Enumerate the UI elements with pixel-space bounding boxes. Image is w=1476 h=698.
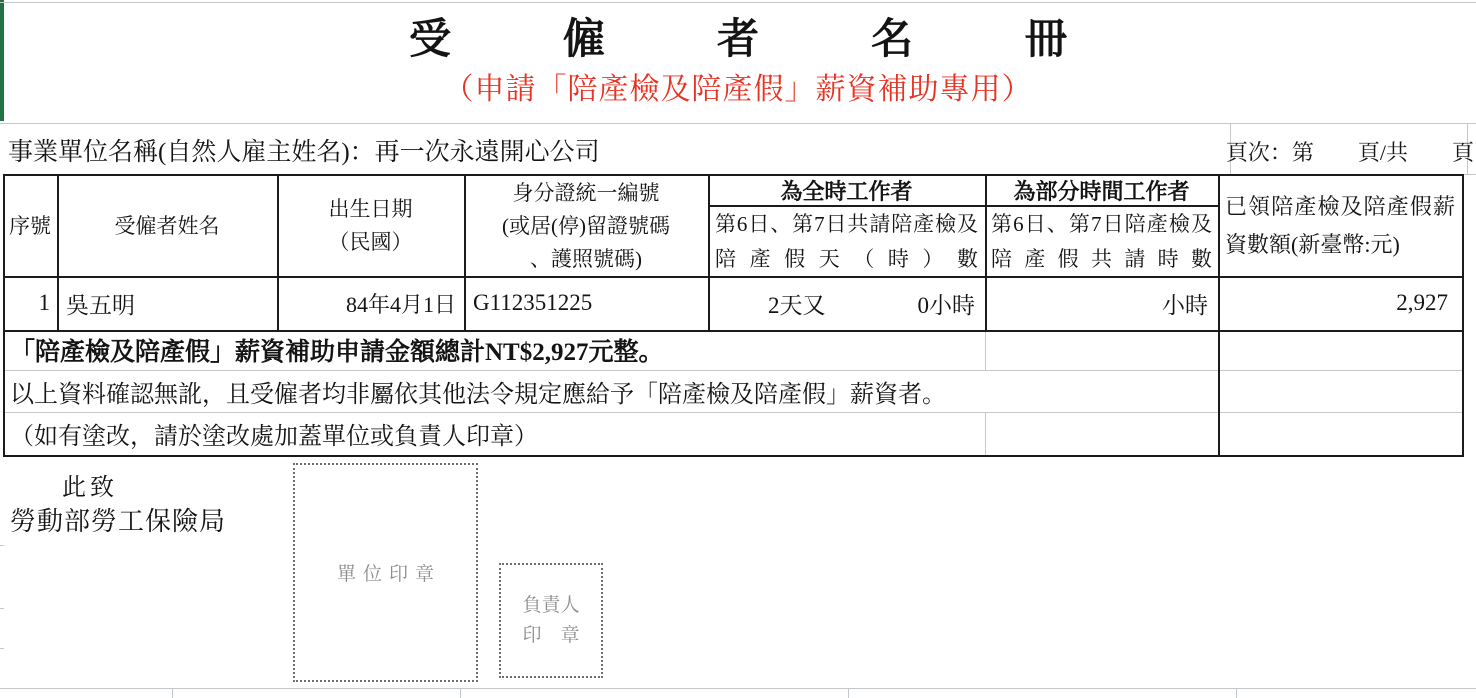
document-subtitle: （申請「陪產檢及陪產假」薪資補助專用） (0, 70, 1476, 110)
col-header-birth: 出生日期 （民國） (279, 176, 462, 276)
summary-total: 「陪產檢及陪產假」薪資補助申請金額總計NT$2,927元整。 (5, 332, 1215, 368)
gridline (848, 688, 849, 698)
table-border (1462, 174, 1464, 457)
spreadsheet-document: 受僱者名冊 （申請「陪產檢及陪產假」薪資補助專用） 事業單位名稱(自然人雇主姓名… (0, 0, 1476, 698)
cell-seq[interactable]: 1 (5, 278, 55, 328)
col-header-parttime-group: 為部分時間工作者 (987, 176, 1216, 204)
summary-confirm: 以上資料確認無訛，且受僱者均非屬依其他法令規定應給予「陪產檢及陪產假」薪資者。 (5, 372, 1215, 410)
unit-seal-box[interactable]: 單位印章 (293, 463, 478, 682)
footer-agency: 勞動部勞工保險局 (10, 500, 310, 538)
col-header-fulltime-group: 為全時工作者 (710, 176, 983, 204)
gridline (0, 688, 1476, 689)
col-header-birth-line1: 出生日期 (329, 193, 413, 226)
company-name-cell[interactable]: 事業單位名稱(自然人雇主姓名)：再一次永遠開心公司 (8, 128, 908, 172)
col-header-name: 受僱者姓名 (59, 176, 275, 276)
owner-seal-label-line2: 印 章 (522, 621, 579, 651)
gridline (3, 412, 1462, 413)
gridline (1236, 688, 1237, 698)
col-header-id-line3: 、護照號碼) (530, 243, 642, 276)
page-number-cell[interactable]: 頁次：第 頁/共 頁 (1100, 130, 1474, 172)
cell-id[interactable]: G112351225 (466, 278, 706, 328)
cell-received[interactable]: 2,927 (1220, 278, 1460, 328)
gridline (0, 123, 1476, 124)
col-header-seq: 序號 (5, 176, 55, 276)
col-header-received: 已領陪產檢及陪產假薪資數額(新臺幣:元) (1220, 176, 1460, 276)
gridline (0, 648, 4, 649)
col-header-id-line1: 身分證統一編號 (513, 177, 660, 210)
gridline (460, 688, 461, 698)
owner-seal-label-line1: 負責人 (522, 591, 579, 621)
footer-to-label: 此致 (62, 468, 262, 500)
gridline (0, 608, 4, 609)
cell-birth[interactable]: 84年4月1日 (279, 278, 462, 328)
col-header-id-line2: (或居(停)留證號碼 (502, 210, 670, 243)
cell-fulltime-days: 2天又 (768, 287, 826, 320)
col-header-parttime-sub: 第6日、第7日陪產檢及陪產假共請時數 (987, 207, 1216, 275)
cell-name[interactable]: 吳五明 (59, 278, 275, 328)
col-header-id: 身分證統一編號 (或居(停)留證號碼 、護照號碼) (466, 176, 706, 276)
col-header-fulltime-sub: 第6日、第7日共請陪產檢及陪產假天（時）數 (710, 207, 983, 275)
document-title: 受僱者名冊 (0, 12, 1476, 68)
col-header-birth-line2: （民國） (329, 226, 413, 259)
cell-fulltime-hours: 0小時 (918, 287, 976, 320)
cell-fulltime[interactable]: 2天又 0小時 (710, 278, 983, 328)
table-border (3, 455, 1464, 457)
owner-seal-box[interactable]: 負責人 印 章 (499, 563, 603, 678)
cell-parttime[interactable]: 小時 (987, 278, 1216, 328)
summary-note: （如有塗改，請於塗改處加蓋單位或負責人印章） (5, 414, 1215, 452)
gridline (0, 545, 4, 546)
gridline (1462, 174, 1476, 175)
unit-seal-label: 單位印章 (330, 559, 441, 586)
gridline (3, 370, 1462, 371)
gridline (172, 688, 173, 698)
gridline (0, 2, 1476, 3)
